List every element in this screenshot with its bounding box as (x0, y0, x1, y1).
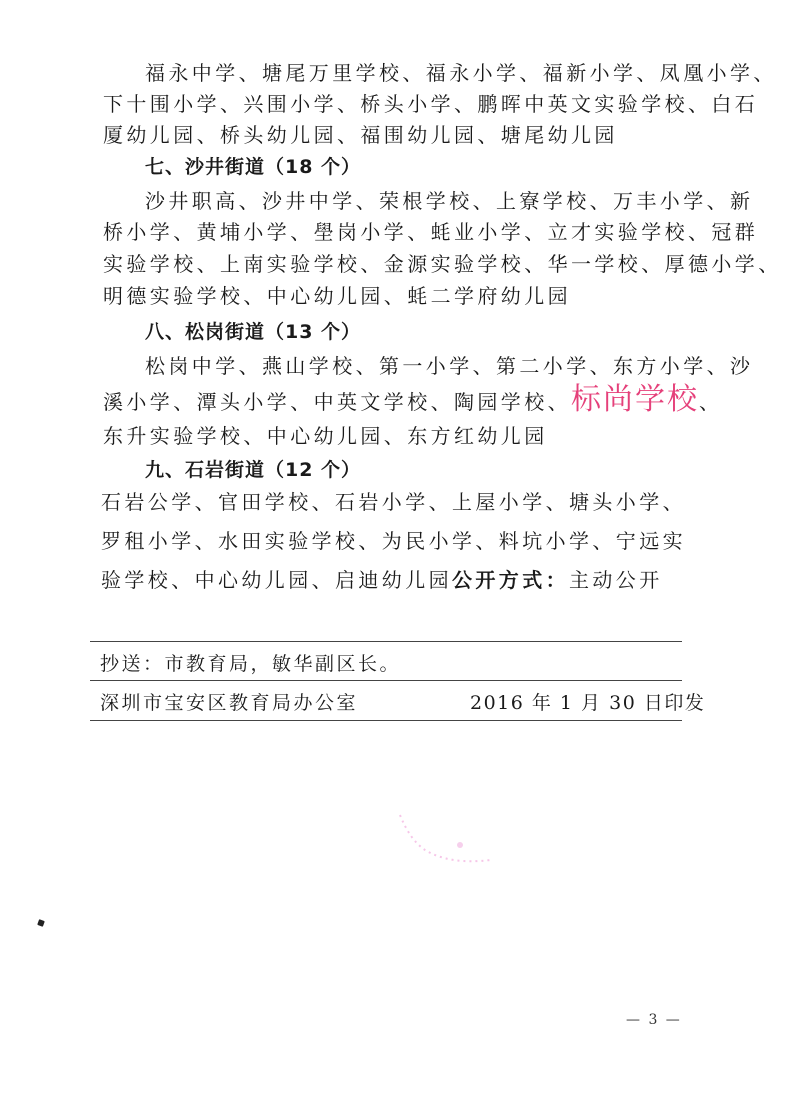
section-heading-shajing: 七、沙井街道（18 个） (145, 153, 361, 181)
text-line: 福永中学、塘尾万里学校、福永小学、福新小学、凤凰小学、 (145, 59, 725, 87)
text-line-with-highlight: 溪小学、潭头小学、中英文学校、陶园学校、标尚学校、 (103, 386, 683, 416)
text-line: 明德实验学校、中心幼儿园、蚝二学府幼儿园 (103, 282, 683, 310)
text-line: 东升实验学校、中心幼儿园、东方红幼儿园 (103, 422, 683, 450)
section-heading-shiyan: 九、石岩街道（12 个） (145, 456, 361, 484)
text-line: 实验学校、上南实验学校、金源实验学校、华一学校、厚德小学、 (103, 250, 683, 278)
issuer: 深圳市宝安区教育局办公室 (100, 690, 358, 716)
issue-date: 2016 年 1 月 30 日印发 (470, 690, 705, 716)
text-segment: 溪小学、潭头小学、中英文学校、陶园学校、 (103, 390, 571, 414)
text-segment: 验学校、中心幼儿园、启迪幼儿园 (101, 568, 452, 592)
divider (90, 641, 682, 642)
page-number: — 3 — (626, 1012, 682, 1028)
text-line-with-disclosure: 验学校、中心幼儿园、启迪幼儿园公开方式：主动公开 (101, 566, 681, 594)
text-line: 石岩公学、官田学校、石岩小学、上屋小学、塘头小学、 (101, 488, 681, 516)
text-line: 下十围小学、兴围小学、桥头小学、鹏晖中英文实验学校、白石 (103, 90, 683, 118)
cc-line: 抄送：市教育局，敏华副区长。 (100, 651, 401, 677)
text-line: 沙井职高、沙井中学、荣根学校、上寮学校、万丰小学、新 (145, 187, 725, 215)
highlighted-school: 标尚学校 (571, 382, 699, 417)
text-line: 松岗中学、燕山学校、第一小学、第二小学、东方小学、沙 (145, 352, 725, 380)
section-heading-songgang: 八、松岗街道（13 个） (145, 318, 361, 346)
text-line: 桥小学、黄埔小学、壆岗小学、蚝业小学、立才实验学校、冠群 (103, 218, 683, 246)
faded-stamp-mark (390, 810, 500, 870)
disclosure-value: 主动公开 (569, 568, 663, 592)
divider (90, 680, 682, 681)
text-line: 厦幼儿园、桥头幼儿园、福围幼儿园、塘尾幼儿园 (103, 121, 683, 149)
divider (90, 720, 682, 721)
disclosure-label: 公开方式： (452, 568, 569, 592)
scan-speck (37, 919, 45, 927)
text-segment: 、 (699, 390, 722, 414)
text-line: 罗租小学、水田实验学校、为民小学、料坑小学、宁远实 (101, 527, 681, 555)
